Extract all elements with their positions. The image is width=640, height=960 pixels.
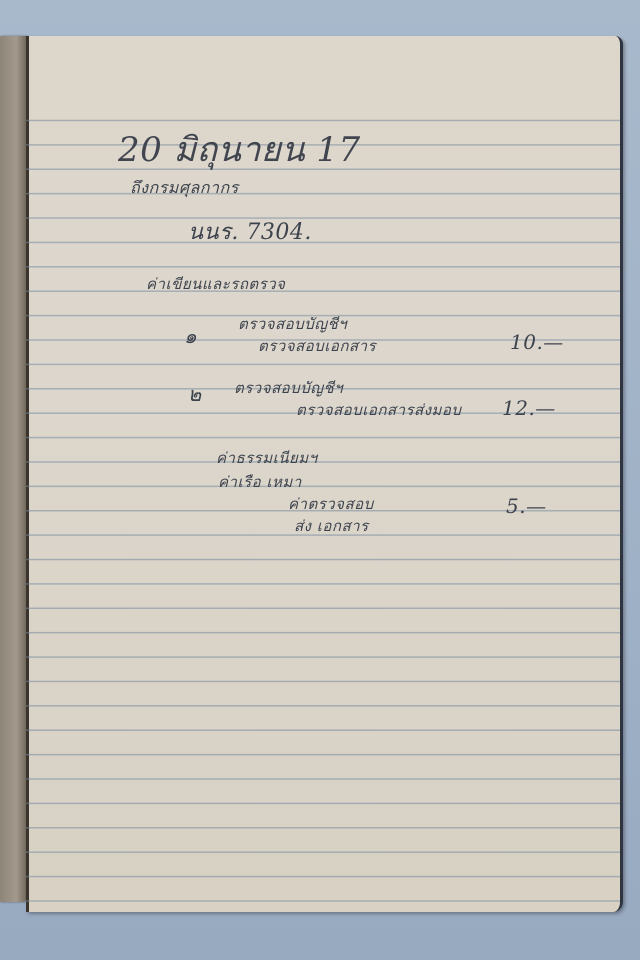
item-2-line-1: ตรวจสอบบัญชีฯ [234, 376, 343, 400]
left-page-edge [0, 36, 27, 902]
item-2-line-2: ตรวจสอบเอกสารส่งมอบ [296, 398, 461, 422]
item-3-line-3: ค่าตรวจสอบ [288, 492, 374, 516]
item-3-line-4: ส่ง เอกสาร [294, 514, 369, 538]
item-1-line-1: ตรวจสอบบัญชีฯ [238, 312, 347, 336]
notebook-page: 20 มิถุนายน 17 ถึงกรมศุลกากร นนร. 7304. … [26, 36, 623, 912]
item-3-line-2: ค่าเรือ เหมา [218, 470, 302, 494]
item-2-amount: 12.— [502, 396, 556, 420]
date-line: 20 มิถุนายน 17 [118, 122, 361, 176]
item-2-number: ๒ [188, 378, 202, 410]
recipient-line: ถึงกรมศุลกากร [130, 176, 239, 201]
item-1-line-2: ตรวจสอบเอกสาร [258, 334, 376, 358]
item-1-amount: 10.— [510, 330, 564, 354]
item-3-amount: 5.— [506, 494, 547, 518]
faint-bleed-through-text [116, 86, 356, 106]
reference-number: นนร. 7304. [188, 214, 312, 249]
item-1-number: ๑ [184, 320, 197, 352]
section-heading: ค่าเขียนและรถตรวจ [146, 272, 285, 296]
item-3-line-1: ค่าธรรมเนียมฯ [216, 446, 318, 470]
